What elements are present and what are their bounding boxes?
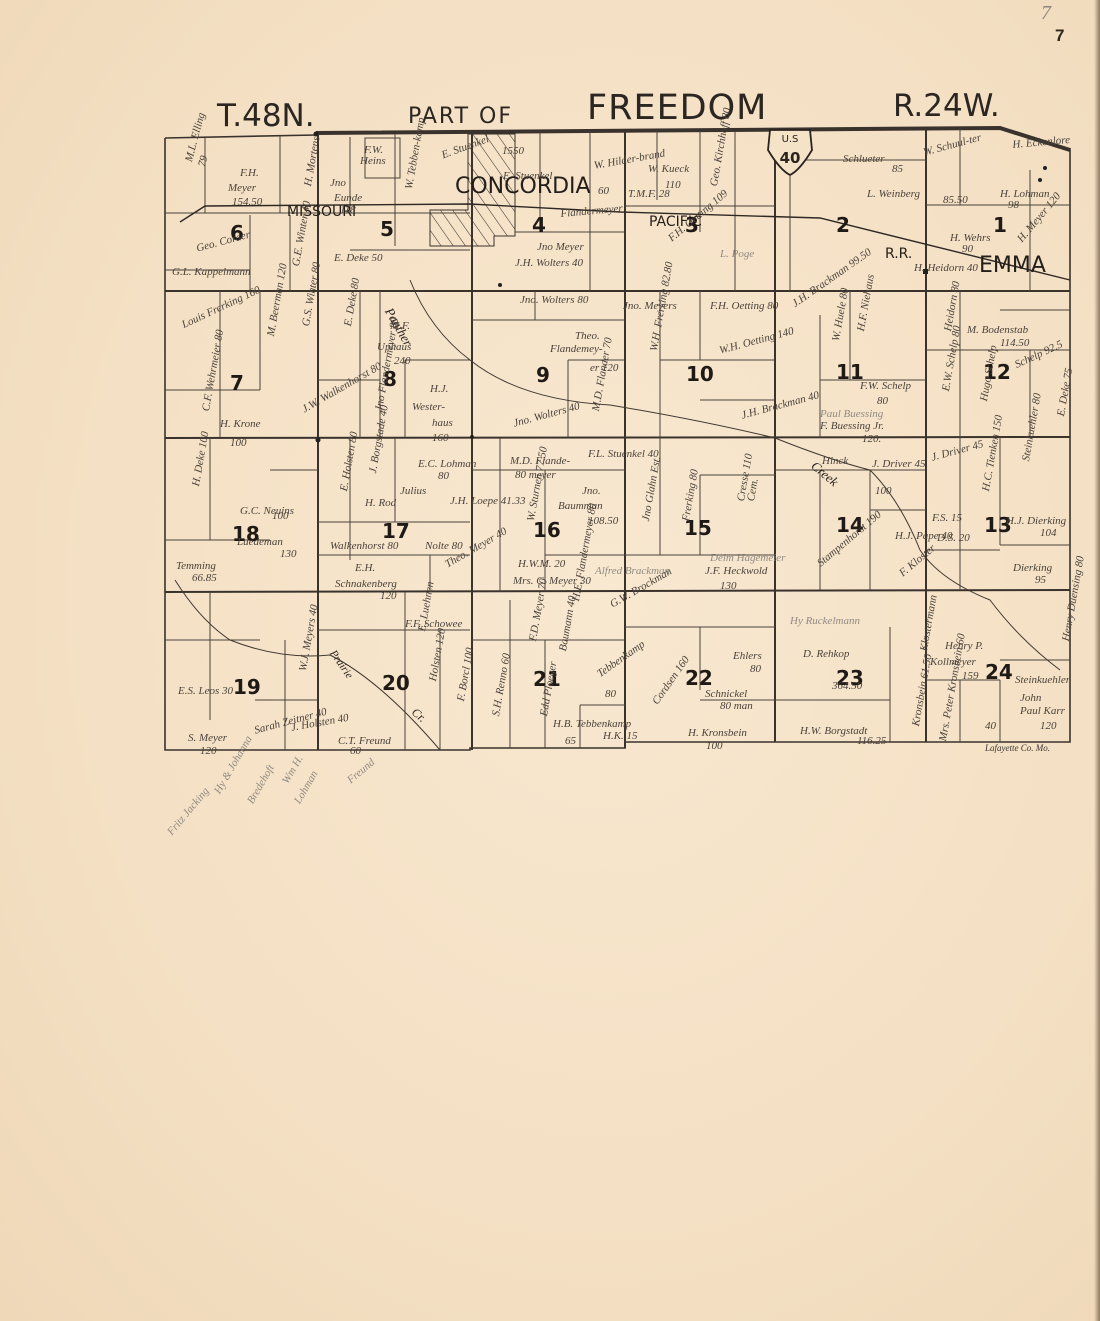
owner-label: F.H. Oetting 80 [710,300,778,312]
owner-label: 120 [1040,720,1057,732]
owner-label: Steinkuehler [1015,674,1070,686]
owner-label: E. Stuenkel [503,170,552,182]
owner-label: 364.50 [832,680,862,692]
section-number: 5 [380,217,394,241]
owner-label: 90 [962,243,973,255]
owner-label: 60 [598,185,609,197]
owner-label: H. Kronsbein [688,727,747,739]
owner-label: J.F. Heckwold [705,565,767,577]
owner-label: Heins [360,155,386,167]
owner-label: M. Bodenstab [967,324,1028,336]
owner-label: H.W.M. 20 [518,558,565,570]
owner-label: Flandemey- [550,343,603,355]
owner-label: 120 [380,590,397,602]
owner-label: 65 [565,735,576,747]
owner-label: Schnakenberg [335,578,397,590]
owner-label: J.H. Wolters 40 [515,257,583,269]
county-note: Lafayette Co. Mo. [985,743,1050,753]
owner-label: T.M.F. 28 [628,188,670,200]
owner-label: 60 [350,745,361,757]
owner-label: Jno. Wolters 80 [520,294,588,306]
owner-label: 80 [438,470,449,482]
owner-label: 120. [862,433,881,445]
owner-label: J.H. Loepe 41.33 [450,495,525,507]
owner-label: D.S. 20 [937,532,970,544]
section-number: 4 [532,213,546,237]
owner-label: Mrs. C. Meyer 30 [513,575,591,587]
owner-label: F.W. Schelp [860,380,911,392]
owner-label: 95 [1035,574,1046,586]
owner-label: John [1020,692,1041,704]
owner-label: Jno. Meyers [623,300,677,312]
owner-label: 100 [230,437,247,449]
section-number: 22 [685,666,713,690]
owner-label: Paul Karr [1020,705,1065,717]
owner-label: Schlueter [843,153,885,165]
owner-label: F.S. 15 [932,512,962,524]
pencil-note: Hy Ruckelmann [790,615,860,627]
owner-label: 1550 [502,145,524,157]
owner-label: 85.50 [943,194,968,206]
pencil-note: Alfred Brackman [595,565,670,577]
owner-label: S. Meyer [188,732,227,744]
owner-label: Theo. [575,330,600,342]
section-number: 16 [533,518,561,542]
section-number: 1 [993,213,1007,237]
owner-label: Jno. [582,485,601,497]
owner-label: H. Heidorn 40 [914,262,978,274]
owner-label: Walkenhorst 80 [330,540,398,552]
owner-label: Dierking [1013,562,1052,574]
pencil-note: Delm Hagemeier [710,552,785,564]
section-number: 9 [536,363,550,387]
owner-label: Eunde [334,192,362,204]
owner-label: 40 [985,720,996,732]
svg-text:U.S: U.S [782,134,799,145]
owner-label: 80 man [720,700,753,712]
owner-label: 160 [432,432,449,444]
owner-label: C.T. Freund [338,735,391,747]
owner-label: 66.85 [192,572,217,584]
section-number: 7 [230,371,244,395]
owner-label: Jno Meyer [537,241,584,253]
pencil-note: Paul Buessing [820,408,883,420]
owner-label: Wester- [412,401,445,413]
owner-label: Hinck [822,455,848,467]
owner-label: haus [432,417,453,429]
owner-label: Meyer [228,182,256,194]
owner-label: 118 [340,204,356,216]
owner-label: E.C. Lohman [418,458,476,470]
owner-label: Ehlers [733,650,762,662]
section-number: 20 [382,671,410,695]
owner-label: 154.50 [232,196,262,208]
railroad-label: R.R. [885,246,912,262]
owner-label: Temming [176,560,216,572]
owner-label: 85 [892,163,903,175]
owner-label: H.J. [430,383,448,395]
owner-label: 80 [605,688,616,700]
owner-label: 104 [1040,527,1057,539]
owner-label: 98 [1008,199,1019,211]
owner-label: 80 [750,663,761,675]
owner-label: F.H. [240,167,259,179]
owner-label: 130 [280,548,297,560]
owner-label: Jno [330,177,346,189]
owner-label: H.K. 15 [603,730,638,742]
owner-label: F.L. Stuenkel 40 [588,448,659,460]
owner-label: 100 [875,485,892,497]
owner-label: 120 [200,745,217,757]
section-number: 2 [836,213,850,237]
owner-label: E. Deke 50 [334,252,383,264]
section-number: 24 [985,660,1013,684]
owner-label: 100 [706,740,723,752]
owner-label: H.B. Tebbenkamp [553,718,631,730]
owner-label: F. Buessing Jr. [820,420,884,432]
owner-label: 114.50 [1000,337,1029,349]
section-number: 10 [686,362,714,386]
owner-label: H. Krone [220,418,261,430]
owner-label: 116.25 [857,735,886,747]
owner-label: E.H. [355,562,375,574]
owner-label: H. Rod [365,497,396,509]
owner-label: 130 [720,580,737,592]
owner-label: J. Driver 45 [872,458,925,470]
owner-label: G.L. Kappelmann [172,266,251,278]
owner-label: 100 [272,510,289,522]
place-emma: EMMA [979,253,1046,278]
owner-label: 240 [394,355,411,367]
map-page: 7 7 T.48N. PART OF FREEDOM R.24W. [0,0,1100,1321]
section-number: 19 [233,675,261,699]
owner-label: W. Kueck [648,163,689,175]
owner-label: H.J. Dierking [1006,515,1066,527]
pencil-note: L. Poge [720,248,754,260]
owner-label: Nolte 80 [425,540,463,552]
owner-label: Luedeman [237,536,283,548]
owner-label: 80 [877,395,888,407]
owner-label: Julius [400,485,426,497]
svg-text:40: 40 [780,149,801,167]
owner-label: F.F. Schowee [405,618,462,630]
owner-label: D. Rehkop [803,648,849,660]
owner-label: 159 [962,670,979,682]
owner-label: E.S. Leos 30 [178,685,233,697]
owner-label: L. Weinberg [867,188,920,200]
owner-label: Schnickel [705,688,747,700]
